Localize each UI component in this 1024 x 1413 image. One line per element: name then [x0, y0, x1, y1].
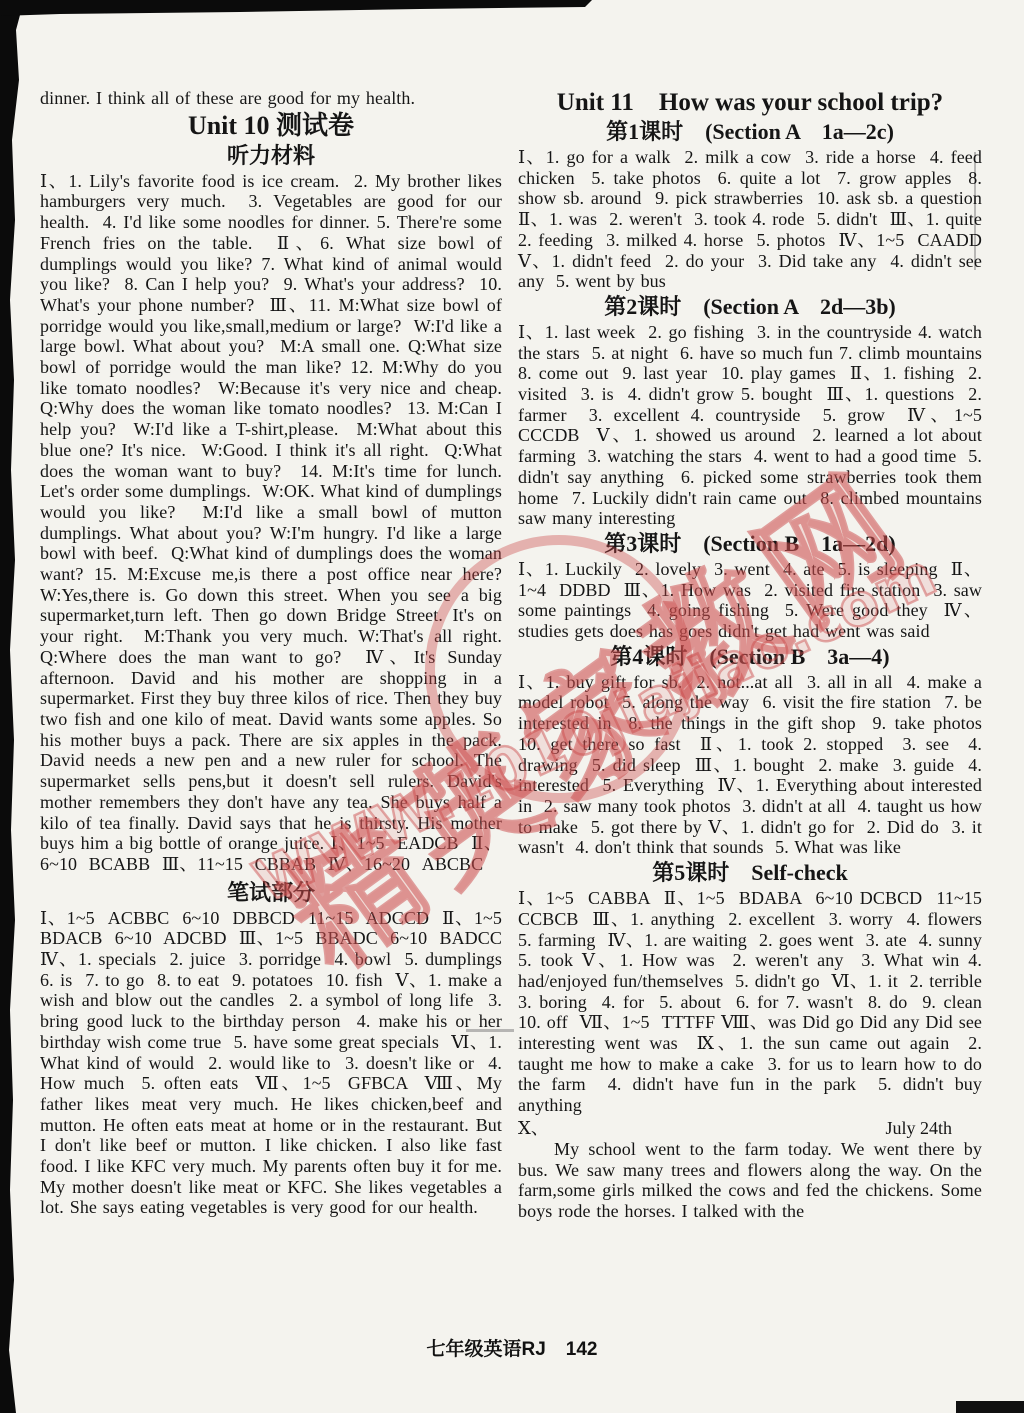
lesson1-heading: 第1课时 (Section A 1a—2c): [518, 119, 982, 145]
written-section-heading: 笔试部分: [40, 879, 502, 906]
footer-book-label: 七年级英语: [426, 1339, 521, 1360]
page-footer: 七年级英语RJ142: [0, 1334, 1024, 1361]
left-column: dinner. I think all of these are good fo…: [40, 88, 502, 1218]
lesson2-heading: 第2课时 (Section A 2d—3b): [518, 294, 982, 320]
lesson3-heading: 第3课时 (Section B 1a—2d): [518, 531, 982, 557]
footer-edition-code: RJ: [522, 1339, 546, 1360]
scan-edge-left: [0, 0, 26, 1413]
scan-edge-top: [0, 0, 592, 16]
lesson5-heading: 第5课时 Self-check: [518, 860, 982, 886]
listening-answers-paragraph: Ⅰ、1. Lily's favorite food is ice cream. …: [40, 171, 502, 875]
lesson5-answers: Ⅰ、1~5 CABBA Ⅱ、1~5 BDABA 6~10 DCBCD 11~15…: [518, 888, 982, 1116]
lesson3-answers: Ⅰ、1. Luckily 2. lovely 3. went 4. ate 5.…: [518, 559, 982, 642]
carryover-paragraph: dinner. I think all of these are good fo…: [40, 88, 502, 109]
lesson4-heading: 第4课时 (Section B 3a—4): [518, 644, 982, 670]
footer-page-number: 142: [566, 1339, 598, 1360]
lesson2-answers: Ⅰ、1. last week 2. go fishing 3. in the c…: [518, 322, 982, 529]
diary-paragraph: My school went to the farm today. We wen…: [518, 1139, 982, 1222]
scanned-answer-page: dinner. I think all of these are good fo…: [0, 0, 1024, 1413]
right-column: Unit 11 How was your school trip? 第1课时 (…: [518, 88, 982, 1222]
diary-section-label: Ⅹ、: [518, 1118, 549, 1139]
written-answers-paragraph: Ⅰ、1~5 ACBBC 6~10 DBBCD 11~15 ADCCD Ⅱ、1~5…: [40, 908, 502, 1219]
unit10-heading: Unit 10 测试卷: [40, 110, 502, 141]
unit11-heading: Unit 11 How was your school trip?: [518, 88, 982, 117]
diary-date: July 24th: [885, 1118, 952, 1139]
lesson4-answers: Ⅰ、1. buy gift for sb. 2. not...at all 3.…: [518, 672, 982, 858]
listening-material-heading: 听力材料: [40, 142, 502, 169]
diary-section-row: Ⅹ、 July 24th: [518, 1118, 982, 1139]
scan-edge-bottom-right: [956, 1401, 1024, 1413]
lesson1-answers: Ⅰ、1. go for a walk 2. milk a cow 3. ride…: [518, 147, 982, 292]
